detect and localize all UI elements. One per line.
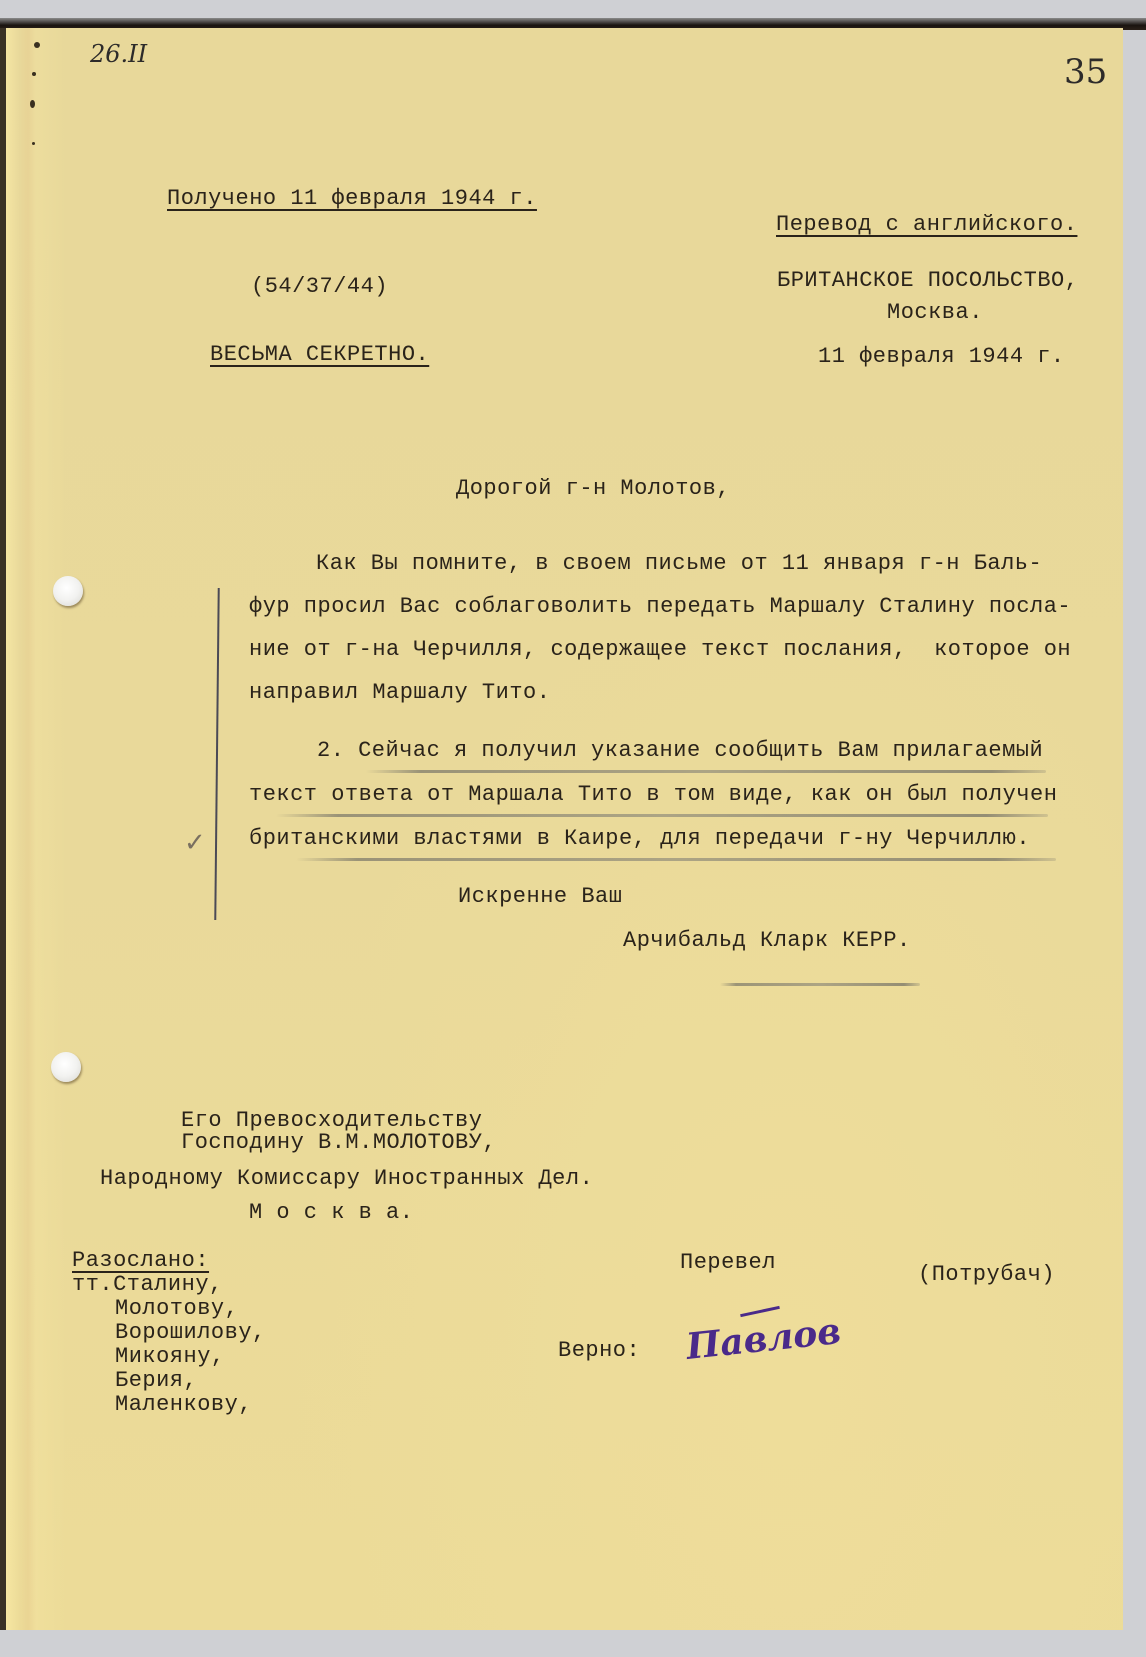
- binder-mark: [30, 100, 35, 108]
- certified-label: Верно:: [558, 1340, 640, 1362]
- pencil-underline: [366, 770, 1046, 773]
- margin-pencil-line: [214, 588, 219, 920]
- addressee-position: Народному Комиссару Иностранных Дел.: [100, 1168, 593, 1190]
- body-line: Как Вы помните, в своем письме от 11 янв…: [316, 553, 1042, 575]
- pencil-underline: [276, 814, 1048, 817]
- signature-underline: [720, 983, 920, 986]
- distribution-recipient: Берия,: [115, 1370, 197, 1392]
- body-line: ние от г-на Черчилля, содержащее текст п…: [249, 639, 1071, 661]
- salutation: Дорогой г-н Молотов,: [456, 478, 730, 500]
- distribution-recipient: Маленкову,: [115, 1394, 252, 1416]
- letter-date: 11 февраля 1944 г.: [818, 346, 1065, 368]
- binder-mark: [32, 142, 35, 145]
- signatory-name: Арчибальд Кларк КЕРР.: [623, 930, 911, 952]
- punch-hole: [51, 1052, 81, 1082]
- translator-label: Перевел: [680, 1252, 776, 1274]
- addressee-title: Его Превосходительству: [181, 1110, 482, 1132]
- binder-mark: [34, 42, 40, 48]
- distribution-recipient: Микояну,: [115, 1346, 225, 1368]
- body-line: британскими властями в Каире, для переда…: [249, 828, 1030, 850]
- addressee-city: М о с к в а.: [249, 1202, 413, 1224]
- check-mark-icon: ✓: [184, 828, 206, 858]
- addressee-name: Господину В.М.МОЛОТОВУ,: [181, 1132, 496, 1154]
- body-line: текст ответа от Маршала Тито в том виде,…: [249, 784, 1057, 806]
- pencil-underline: [296, 858, 1056, 861]
- body-line: 2. Сейчас я получил указание сообщить Ва…: [317, 740, 1043, 762]
- sender-organization: БРИТАНСКОЕ ПОСОЛЬСТВО,: [777, 270, 1078, 292]
- reference-number: (54/37/44): [251, 276, 388, 298]
- binder-mark: [32, 72, 36, 76]
- translation-note: Перевод с английского.: [776, 214, 1077, 236]
- distribution-recipient: тт.Сталину,: [72, 1274, 223, 1296]
- sender-city: Москва.: [887, 302, 983, 324]
- signature-stroke: [740, 1306, 780, 1317]
- closing: Искренне Ваш: [458, 886, 622, 908]
- body-line: фур просил Вас соблаговолить передать Ма…: [249, 596, 1071, 618]
- archive-date-annotation: 26.II: [90, 40, 147, 68]
- classification-stamp: ВЕСЬМА СЕКРЕТНО.: [210, 344, 429, 366]
- body-line: направил Маршалу Тито.: [249, 682, 550, 704]
- certifier-signature: Павлов: [684, 1310, 843, 1368]
- document-page: 26.II 35 Получено 11 февраля 1944 г. (54…: [6, 28, 1123, 1630]
- distribution-recipient: Молотову,: [115, 1298, 238, 1320]
- page-number: 35: [1064, 52, 1107, 92]
- translator-name: (Потрубач): [918, 1264, 1055, 1286]
- punch-hole: [53, 576, 83, 606]
- received-date: Получено 11 февраля 1944 г.: [167, 188, 537, 210]
- distribution-label: Разослано:: [72, 1250, 209, 1272]
- distribution-recipient: Ворошилову,: [115, 1322, 266, 1344]
